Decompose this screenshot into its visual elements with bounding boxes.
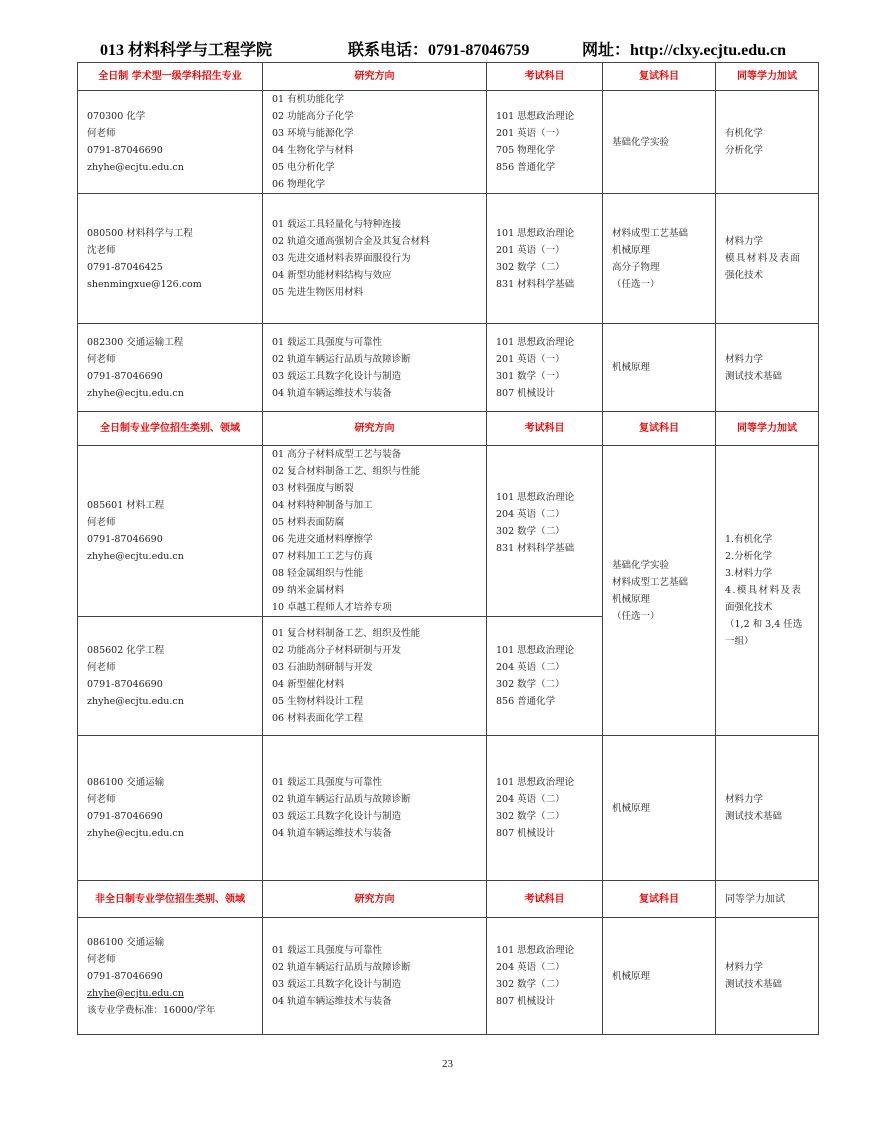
header-category: 非全日制专业学位招生类别、领域 <box>78 881 263 918</box>
research-directions: 01 载运工具强度与可靠性 02 轨道车辆运行品质与故障诊断 03 载运工具数字… <box>263 736 487 881</box>
exam-subjects: 101 思想政治理论 204 英语（二） 302 数学（二） 831 材料科学基… <box>487 446 603 617</box>
college-title: 013 材料科学与工程学院 <box>100 37 272 60</box>
table-row: 086100 交通运输 何老师 0791-87046690 zhyhe@ecjt… <box>78 736 819 881</box>
header-retest: 复试科目 <box>603 881 716 918</box>
email-link[interactable]: zhyhe@ecjtu.edu.cn <box>87 985 262 1002</box>
header-exam: 考试科目 <box>487 63 603 91</box>
exam-subjects: 101 思想政治理论 201 英语（一） 301 数学（一） 807 机械设计 <box>487 324 603 412</box>
table-row: 085601 材料工程 何老师 0791-87046690 zhyhe@ecjt… <box>78 446 819 617</box>
extra-exams: 材料力学 测试技术基础 <box>716 324 819 412</box>
major-info: 085602 化学工程 何老师 0791-87046690 zhyhe@ecjt… <box>78 617 263 736</box>
email-link[interactable]: shenmingxue@126.com <box>87 276 262 293</box>
header-retest: 复试科目 <box>603 63 716 91</box>
header-category: 全日制 学术型一级学科招生专业 <box>78 63 263 91</box>
section-header-academic: 全日制 学术型一级学科招生专业 研究方向 考试科目 复试科目 同等学力加试 <box>78 63 819 91</box>
extra-exams: 材料力学 测试技术基础 <box>716 736 819 881</box>
major-info: 086100 交通运输 何老师 0791-87046690 zhyhe@ecjt… <box>78 736 263 881</box>
major-info: 085601 材料工程 何老师 0791-87046690 zhyhe@ecjt… <box>78 446 263 617</box>
email-link[interactable]: zhyhe@ecjtu.edu.cn <box>87 693 262 710</box>
retest-subjects: 机械原理 <box>603 918 716 1035</box>
retest-subjects-shared: 基础化学实验 材料成型工艺基础 机械原理 （任选一） <box>603 446 716 736</box>
contact-phone: 联系电话：0791-87046759 <box>348 37 529 60</box>
extra-exams: 材料力学 测试技术基础 <box>716 918 819 1035</box>
section-header-fulltime-professional: 全日制专业学位招生类别、领域 研究方向 考试科目 复试科目 同等学力加试 <box>78 412 819 446</box>
header-exam: 考试科目 <box>487 412 603 446</box>
research-directions: 01 载运工具强度与可靠性 02 轨道车辆运行品质与故障诊断 03 载运工具数字… <box>263 324 487 412</box>
email-link[interactable]: zhyhe@ecjtu.edu.cn <box>87 385 262 402</box>
table-row: 086100 交通运输 何老师 0791-87046690 zhyhe@ecjt… <box>78 918 819 1035</box>
header-direction: 研究方向 <box>263 412 487 446</box>
header-direction: 研究方向 <box>263 63 487 91</box>
exam-subjects: 101 思想政治理论 204 英语（二） 302 数学（二） 807 机械设计 <box>487 918 603 1035</box>
research-directions: 01 复合材料制备工艺、组织及性能 02 功能高分子材料研制与开发 03 石油助… <box>263 617 487 736</box>
major-info: 070300 化学 何老师 0791-87046690 zhyhe@ecjtu.… <box>78 91 263 194</box>
research-directions: 01 高分子材料成型工艺与装备 02 复合材料制备工艺、组织与性能 03 材料强… <box>263 446 487 617</box>
exam-subjects: 101 思想政治理论 204 英语（二） 302 数学（二） 807 机械设计 <box>487 736 603 881</box>
major-info: 082300 交通运输工程 何老师 0791-87046690 zhyhe@ec… <box>78 324 263 412</box>
major-info: 080500 材料科学与工程 沈老师 0791-87046425 shenmin… <box>78 194 263 324</box>
retest-subjects: 基础化学实验 <box>603 91 716 194</box>
email-link[interactable]: zhyhe@ecjtu.edu.cn <box>87 159 262 176</box>
research-directions: 01 载运工具强度与可靠性 02 轨道车辆运行品质与故障诊断 03 载运工具数字… <box>263 918 487 1035</box>
table-row: 082300 交通运输工程 何老师 0791-87046690 zhyhe@ec… <box>78 324 819 412</box>
major-info: 086100 交通运输 何老师 0791-87046690 zhyhe@ecjt… <box>78 918 263 1035</box>
page-header: 013 材料科学与工程学院 联系电话：0791-87046759 网址：http… <box>100 37 820 61</box>
admissions-table: 全日制 学术型一级学科招生专业 研究方向 考试科目 复试科目 同等学力加试 07… <box>77 62 819 1035</box>
header-direction: 研究方向 <box>263 881 487 918</box>
header-exam: 考试科目 <box>487 881 603 918</box>
extra-exams: 材料力学 模具材料及表面 强化技术 <box>716 194 819 324</box>
table-row: 080500 材料科学与工程 沈老师 0791-87046425 shenmin… <box>78 194 819 324</box>
header-retest: 复试科目 <box>603 412 716 446</box>
research-directions: 01 有机功能化学 02 功能高分子化学 03 环境与能源化学 04 生物化学与… <box>263 91 487 194</box>
retest-subjects: 材料成型工艺基础 机械原理 高分子物理 （任选一） <box>603 194 716 324</box>
extra-exams-shared: 1.有机化学 2.分析化学 3.材料力学 4.模具材料及表 面强化技术 （1,2… <box>716 446 819 736</box>
section-header-parttime-professional: 非全日制专业学位招生类别、领域 研究方向 考试科目 复试科目 同等学力加试 <box>78 881 819 918</box>
exam-subjects: 101 思想政治理论 201 英语（一） 302 数学（二） 831 材料科学基… <box>487 194 603 324</box>
header-category: 全日制专业学位招生类别、领域 <box>78 412 263 446</box>
exam-subjects: 101 思想政治理论 204 英语（二） 302 数学（二） 856 普通化学 <box>487 617 603 736</box>
extra-exams: 有机化学 分析化学 <box>716 91 819 194</box>
table-row: 070300 化学 何老师 0791-87046690 zhyhe@ecjtu.… <box>78 91 819 194</box>
header-extra: 同等学力加试 <box>716 63 819 91</box>
tuition-note: 该专业学费标准：16000/学年 <box>87 1002 262 1019</box>
email-link[interactable]: zhyhe@ecjtu.edu.cn <box>87 548 262 565</box>
website: 网址：http://clxy.ecjtu.edu.cn <box>582 37 786 60</box>
header-extra: 同等学力加试 <box>716 412 819 446</box>
header-extra: 同等学力加试 <box>716 881 819 918</box>
retest-subjects: 机械原理 <box>603 324 716 412</box>
exam-subjects: 101 思想政治理论 201 英语（一） 705 物理化学 856 普通化学 <box>487 91 603 194</box>
retest-subjects: 机械原理 <box>603 736 716 881</box>
page-number: 23 <box>0 1058 895 1070</box>
research-directions: 01 载运工具轻量化与特种连接 02 轨道交通高强韧合金及其复合材料 03 先进… <box>263 194 487 324</box>
email-link[interactable]: zhyhe@ecjtu.edu.cn <box>87 825 262 842</box>
